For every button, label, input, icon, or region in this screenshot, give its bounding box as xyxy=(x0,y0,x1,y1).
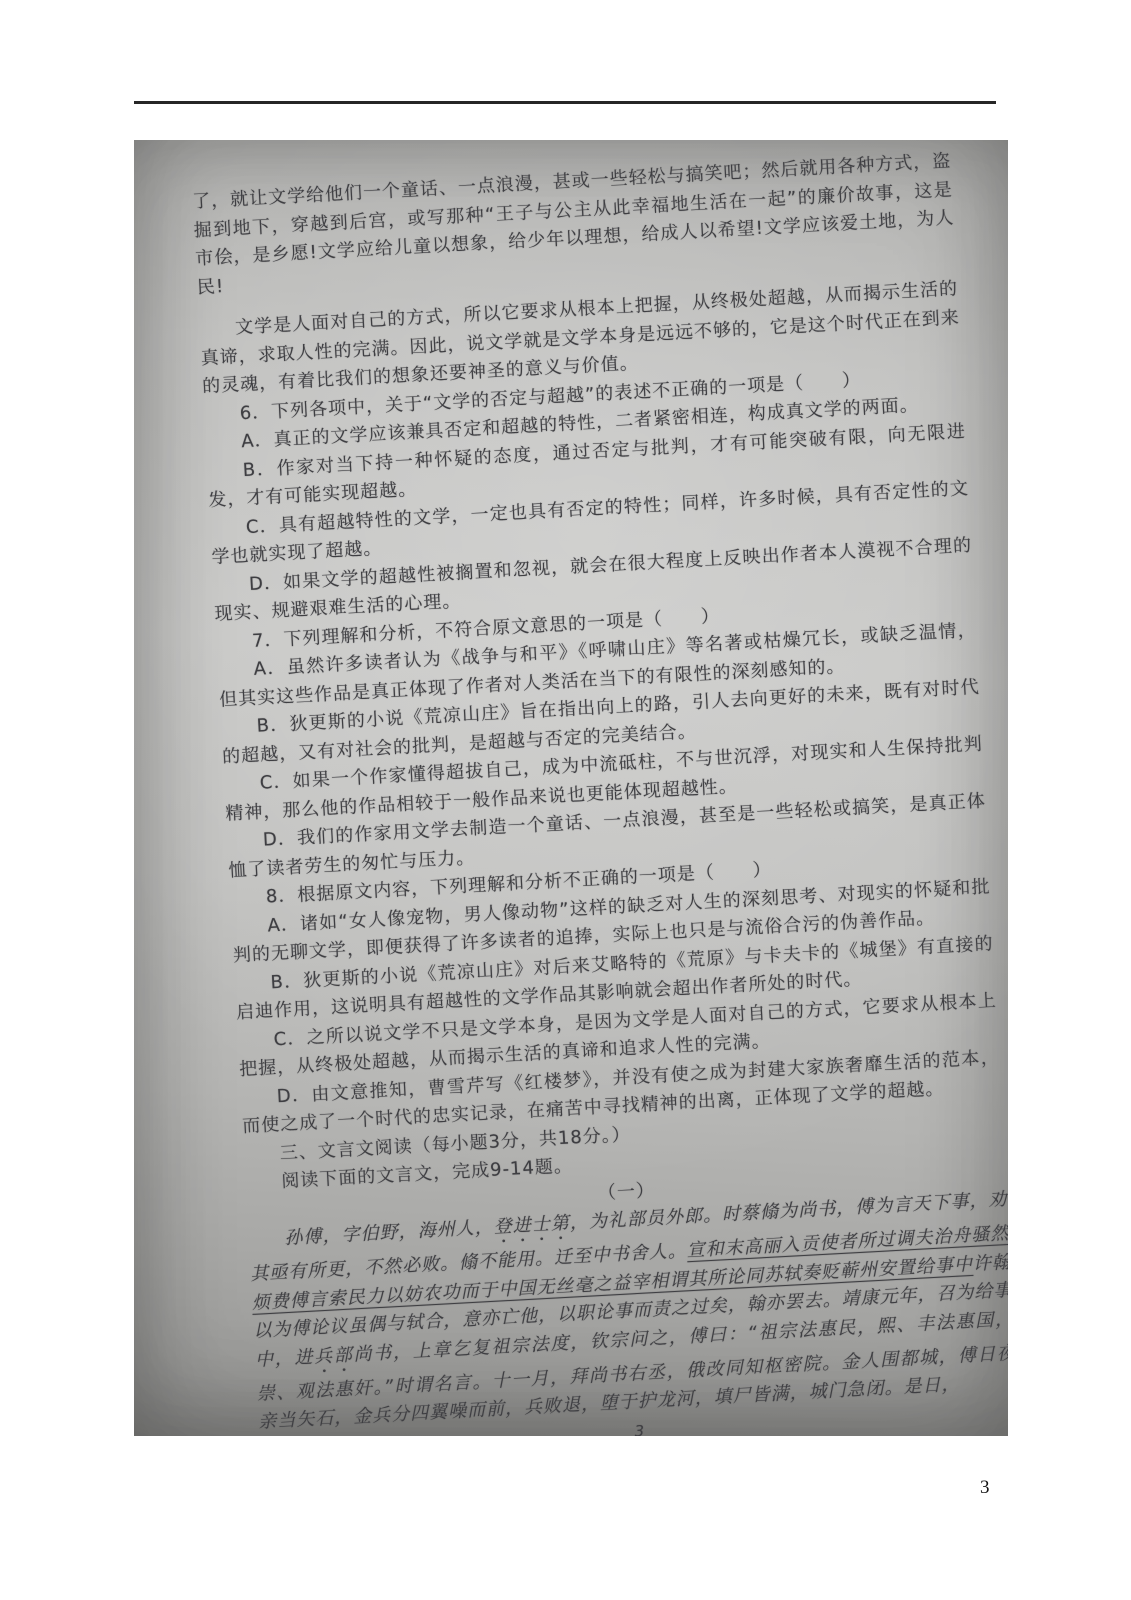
emphasized-term: 兵部 xyxy=(314,1344,355,1367)
page-number: 3 xyxy=(980,1477,990,1499)
emphasized-term: 登进士第 xyxy=(493,1213,570,1238)
header-rule xyxy=(134,101,996,104)
scanned-exam-page-photo: 了，就让文学给他们一个童话、一点浪漫，甚或一些轻松与搞笑吧；然后就用各种方式，盗… xyxy=(134,140,1008,1436)
document-page: 了，就让文学给他们一个童话、一点浪漫，甚或一些轻松与搞笑吧；然后就用各种方式，盗… xyxy=(0,0,1131,1600)
body-paragraph-continued: 了，就让文学给他们一个童话、一点浪漫，甚或一些轻松与搞笑吧；然后就用各种方式，盗… xyxy=(192,147,957,302)
scan-text-block: 了，就让文学给他们一个童话、一点浪漫，甚或一些轻松与搞笑吧；然后就用各种方式，盗… xyxy=(192,147,1008,1436)
classical-passage: 孙傅，字伯野，海州人，登进士第，为礼部员外郎。时蔡翛为尚书，傅为言天下事，劝其亟… xyxy=(248,1186,1008,1436)
